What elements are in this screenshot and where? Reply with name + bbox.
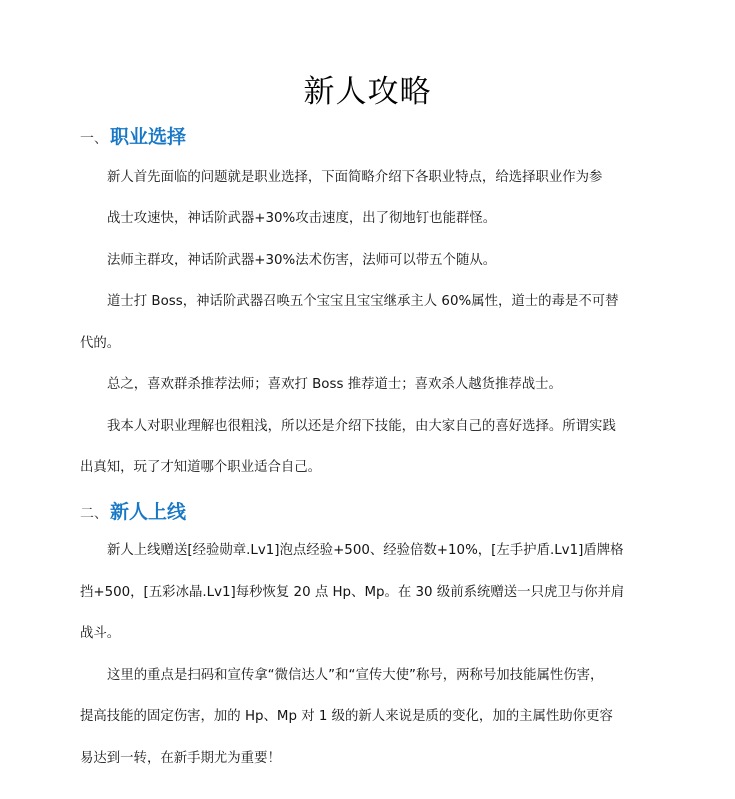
- document-page: 新人攻略 一、职业选择 新人首先面临的问题就是职业选择，下面简略介绍下各职业特点…: [0, 0, 735, 799]
- paragraph-line: 代的。: [80, 334, 640, 354]
- paragraph-line: 易达到一转，在新手期尤为重要！: [80, 749, 640, 769]
- paragraph-line: 出真知，玩了才知道哪个职业适合自己。: [80, 458, 640, 478]
- section-number: 一、: [80, 131, 108, 147]
- paragraph-line: 挡+500，[五彩冰晶.Lv1]每秒恢复 20 点 Hp、Mp。在 30 级前系…: [80, 583, 640, 603]
- section-title: 职业选择: [110, 126, 186, 148]
- paragraph-line: 这里的重点是扫码和宣传拿“微信达人”和“宣传大使”称号，两称号加技能属性伤害，: [107, 666, 667, 686]
- paragraph-line: 新人首先面临的问题就是职业选择，下面简略介绍下各职业特点，给选择职业作为参: [107, 168, 667, 188]
- paragraph-line: 提高技能的固定伤害，加的 Hp、Mp 对 1 级的新人来说是质的变化，加的主属性…: [80, 707, 640, 727]
- paragraph-line: 道士打 Boss，神话阶武器召唤五个宝宝且宝宝继承主人 60%属性，道士的毒是不…: [107, 292, 667, 312]
- section-number: 二、: [80, 506, 108, 522]
- paragraph-line: 战斗。: [80, 624, 640, 644]
- paragraph-line: 新人上线赠送[经验勋章.Lv1]泡点经验+500、经验倍数+10%，[左手护盾.…: [107, 541, 667, 561]
- section-heading-new-player-online: 二、新人上线: [80, 497, 186, 524]
- section-heading-job-selection: 一、职业选择: [80, 122, 186, 149]
- section-title: 新人上线: [110, 501, 186, 523]
- document-title: 新人攻略: [0, 72, 735, 112]
- paragraph-line: 总之，喜欢群杀推荐法师；喜欢打 Boss 推荐道士；喜欢杀人越货推荐战士。: [107, 375, 667, 395]
- paragraph-line: 战士攻速快，神话阶武器+30%攻击速度，出了彻地钉也能群怪。: [107, 209, 667, 229]
- paragraph-line: 我本人对职业理解也很粗浅，所以还是介绍下技能，由大家自己的喜好选择。所谓实践: [107, 417, 667, 437]
- paragraph-line: 法师主群攻，神话阶武器+30%法术伤害，法师可以带五个随从。: [107, 251, 667, 271]
